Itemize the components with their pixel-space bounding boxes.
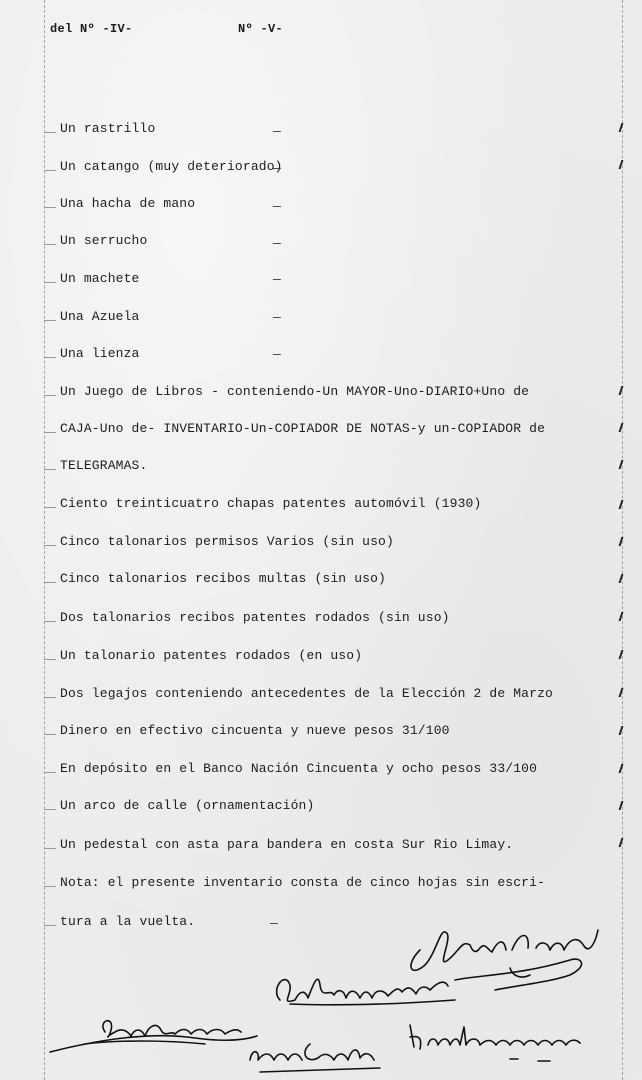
inventory-item: Dinero en efectivo cincuenta y nueve pes…	[60, 723, 450, 738]
inventory-item: Dos legajos conteniendo antecedentes de …	[60, 686, 553, 701]
inventory-item: Un machete	[60, 271, 140, 286]
document-page: del Nº -IV- Nº -V- Un rastrillo Un catan…	[0, 0, 642, 1080]
inventory-item: Una lienza	[60, 346, 140, 361]
header-previous-page: del Nº -IV-	[50, 22, 133, 36]
inventory-item: Un arco de calle (ornamentación)	[60, 798, 314, 813]
note-line-continued: tura a la vuelta.	[60, 914, 195, 929]
fill-dash: —	[273, 199, 281, 214]
fill-dash: —	[273, 347, 281, 362]
inventory-item: Un pedestal con asta para bandera en cos…	[60, 837, 513, 852]
inventory-item: Un rastrillo	[60, 121, 155, 136]
inventory-item: En depósito en el Banco Nación Cincuenta…	[60, 761, 537, 776]
fill-dash: —	[273, 272, 281, 287]
inventory-item: Un serrucho	[60, 233, 147, 248]
fill-dash: —	[273, 124, 281, 139]
inventory-item: Cinco talonarios permisos Varios (sin us…	[60, 534, 394, 549]
inventory-item-continued: TELEGRAMAS.	[60, 458, 147, 473]
left-margin-line	[44, 0, 45, 1080]
fill-dash: —	[273, 310, 281, 325]
inventory-item: Un talonario patentes rodados (en uso)	[60, 648, 362, 663]
inventory-item-continued: CAJA-Uno de- INVENTARIO-Un-COPIADOR DE N…	[60, 421, 545, 436]
inventory-item: Cinco talonarios recibos multas (sin uso…	[60, 571, 386, 586]
signature-4	[240, 1030, 400, 1075]
fill-dash: —	[273, 161, 281, 176]
inventory-item: Una hacha de mano	[60, 196, 195, 211]
inventory-item: Dos talonarios recibos patentes rodados …	[60, 610, 450, 625]
fill-dash: —	[273, 236, 281, 251]
inventory-item: Un catango (muy deteriorado)	[60, 159, 283, 174]
note-line: Nota: el presente inventario consta de c…	[60, 875, 545, 890]
inventory-item: Un Juego de Libros - conteniendo-Un MAYO…	[60, 384, 529, 399]
inventory-item: Una Azuela	[60, 309, 140, 324]
inventory-item: Ciento treinticuatro chapas patentes aut…	[60, 496, 481, 511]
signature-5	[400, 1015, 600, 1065]
fill-dash: —	[270, 916, 278, 931]
header-page-number: Nº -V-	[238, 22, 283, 36]
signature-2	[260, 960, 470, 1020]
